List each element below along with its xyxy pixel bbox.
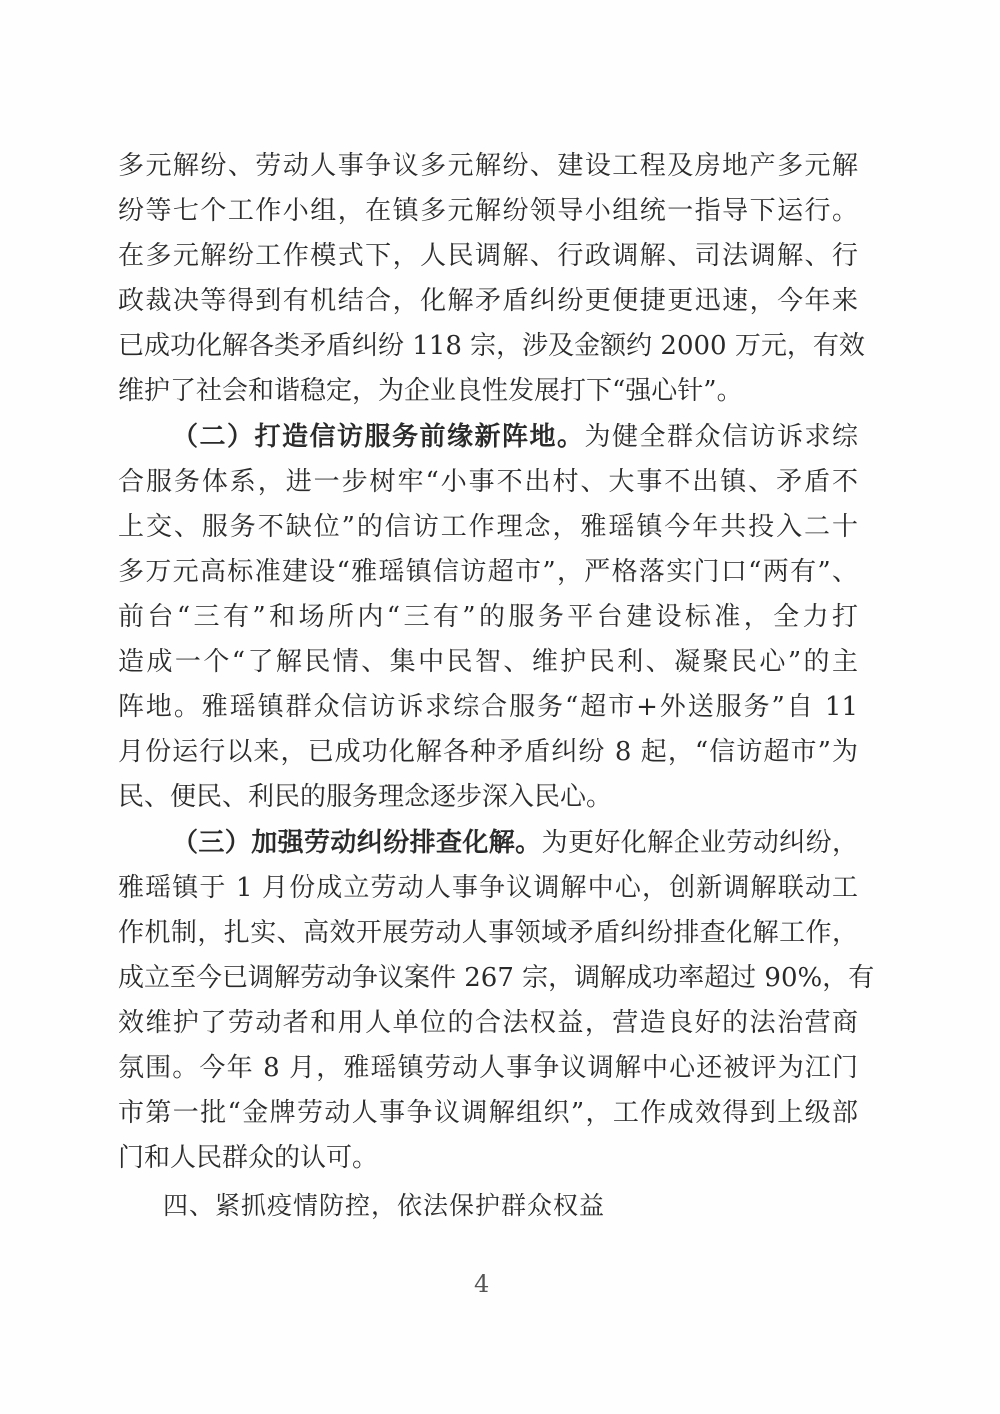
- paragraph-line: 纷等七个工作小组，在镇多元解纷领导小组统一指导下运行。: [118, 191, 858, 231]
- paragraph-line: 政裁决等得到有机结合，化解矛盾纠纷更便捷更迅速，今年来: [118, 281, 858, 321]
- paragraph-line: 月份运行以来，已成功化解各种矛盾纠纷 8 起，“信访超市”为: [118, 732, 858, 772]
- paragraph-line: 成立至今已调解劳动争议案件 267 宗，调解成功率超过 90%，有: [118, 958, 858, 998]
- section-heading: 四、紧抓疫情防控，依法保护群众权益: [163, 1186, 605, 1226]
- paragraph-line: 造成一个“了解民情、集中民智、维护民利、凝聚民心”的主: [118, 642, 858, 682]
- paragraph-line: 雅瑶镇于 1 月份成立劳动人事争议调解中心，创新调解联动工: [118, 868, 858, 908]
- paragraph-line: 合服务体系，进一步树牢“小事不出村、大事不出镇、矛盾不: [118, 462, 858, 502]
- paragraph-line: 维护了社会和谐稳定，为企业良性发展打下“强心针”。: [118, 371, 858, 411]
- paragraph-line: 在多元解纷工作模式下，人民调解、行政调解、司法调解、行: [118, 236, 858, 276]
- paragraph-line: 已成功化解各类矛盾纠纷 118 宗，涉及金额约 2000 万元，有效: [118, 326, 858, 366]
- subsection-title-3: （三）加强劳动纠纷排查化解。: [172, 828, 542, 858]
- page-number: 4: [474, 1270, 489, 1298]
- paragraph-line: 民、便民、利民的服务理念逐步深入民心。: [118, 777, 858, 817]
- paragraph-line: 效维护了劳动者和用人单位的合法权益，营造良好的法治营商: [118, 1003, 858, 1043]
- paragraph-line: 前台“三有”和场所内“三有”的服务平台建设标准，全力打: [118, 597, 858, 637]
- paragraph-line: 门和人民群众的认可。: [118, 1138, 858, 1178]
- document-page: 多元解纷、劳动人事争议多元解纷、建设工程及房地产多元解 纷等七个工作小组，在镇多…: [0, 0, 1000, 1414]
- subsection-line: （三）加强劳动纠纷排查化解。为更好化解企业劳动纠纷，: [172, 823, 858, 863]
- paragraph-line: 阵地。雅瑶镇群众信访诉求综合服务“超市+外送服务”自 11: [118, 687, 858, 727]
- paragraph-line: 市第一批“金牌劳动人事争议调解组织”，工作成效得到上级部: [118, 1093, 858, 1133]
- paragraph-line: 多元解纷、劳动人事争议多元解纷、建设工程及房地产多元解: [118, 146, 858, 186]
- subsection-text: 为更好化解企业劳动纠纷，: [542, 828, 858, 858]
- paragraph-line: 上交、服务不缺位”的信访工作理念，雅瑶镇今年共投入二十: [118, 507, 858, 547]
- paragraph-line: 作机制，扎实、高效开展劳动人事领域矛盾纠纷排查化解工作，: [118, 913, 858, 953]
- paragraph-line: 多万元高标准建设“雅瑶镇信访超市”，严格落实门口“两有”、: [118, 552, 858, 592]
- subsection-title-2: （二）打造信访服务前缘新阵地。: [172, 422, 584, 452]
- subsection-text: 为健全群众信访诉求综: [584, 422, 858, 452]
- paragraph-line: 氛围。今年 8 月，雅瑶镇劳动人事争议调解中心还被评为江门: [118, 1048, 858, 1088]
- subsection-line: （二）打造信访服务前缘新阵地。为健全群众信访诉求综: [172, 417, 858, 457]
